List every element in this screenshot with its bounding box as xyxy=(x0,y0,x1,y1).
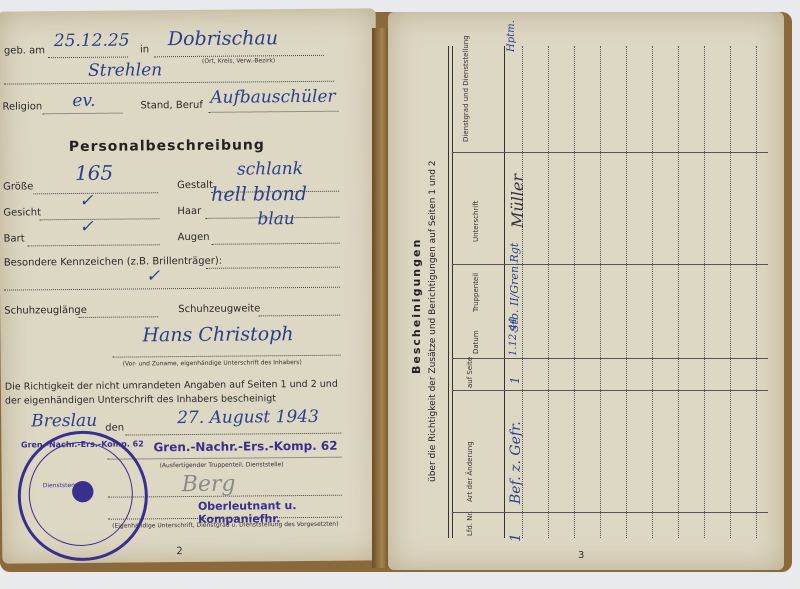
born-date: 25.12.25 xyxy=(54,31,130,52)
occupation-value: Aufbauschüler xyxy=(210,87,335,108)
stamp-text: Gren.-Nachr.-Ers.-Komp. 62 xyxy=(20,439,144,449)
beard-value: ✓ xyxy=(79,217,93,237)
born-label: geb. am xyxy=(4,45,45,56)
eagle-emblem-icon: ● xyxy=(55,470,111,510)
dotted-line xyxy=(33,192,158,194)
header-border xyxy=(504,46,505,538)
dotted-line xyxy=(4,287,340,291)
row-dotted-line xyxy=(600,46,601,538)
row-1-seite: 1 xyxy=(508,376,522,384)
row-dotted-line xyxy=(626,46,627,538)
holder-signature: Hans Christoph xyxy=(142,323,293,346)
row-dotted-line xyxy=(756,46,757,538)
beard-label: Bart xyxy=(4,233,25,244)
table-border xyxy=(452,46,453,538)
hair-value: hell blond xyxy=(211,183,307,206)
holder-signature-hint: (Vor- und Zuname, eigenhändige Unterschr… xyxy=(123,359,302,368)
dotted-line xyxy=(78,316,158,318)
height-value: 165 xyxy=(75,161,113,185)
row-dotted-line xyxy=(574,46,575,538)
date-signed: 27. August 1943 xyxy=(177,407,319,428)
religion-value: ev. xyxy=(72,91,95,111)
unit-stamp: Gren.-Nachr.-Ers.-Komp. 62 xyxy=(153,439,337,455)
row-dotted-line xyxy=(678,46,679,538)
signature-hint: (Eigenhändige Unterschrift, Dienstgrad u… xyxy=(112,521,338,530)
dotted-line xyxy=(212,243,340,245)
row-dotted-line xyxy=(652,46,653,538)
row-divider xyxy=(504,358,768,359)
col-header-seite: auf Seite xyxy=(466,357,474,388)
hair-label: Haar xyxy=(177,206,201,217)
row-1-dienstgrad: Hptm. xyxy=(506,20,517,52)
dotted-line xyxy=(258,315,340,317)
col-header-datum: Datum xyxy=(472,330,480,354)
birthplace: Dobrischau xyxy=(168,27,278,50)
header-divider xyxy=(452,512,504,513)
place-line2: Strehlen xyxy=(88,60,162,81)
col-header-unterschrift: Unterschrift xyxy=(472,201,480,242)
face-value: ✓ xyxy=(79,191,93,211)
eyes-label: Augen xyxy=(178,232,210,243)
row-1-truppenteil: Stb. II/Gren.Rgt xyxy=(508,243,521,332)
dotted-line xyxy=(39,218,159,220)
occupation-label: Stand, Beruf xyxy=(140,100,203,112)
dotted-line xyxy=(42,113,122,115)
dotted-line xyxy=(125,433,341,436)
certification-text-2: der eigenhändigen Unterschrift des Inhab… xyxy=(5,393,276,406)
soldbuch-booklet: geb. am 25.12.25 in Dobrischau (Ort, Kre… xyxy=(0,8,800,578)
row-divider xyxy=(504,390,768,391)
dotted-line xyxy=(108,457,342,460)
description-heading: Personalbeschreibung xyxy=(69,137,265,155)
shoe-length-label: Schuhzeuglänge xyxy=(4,305,87,317)
right-page-title: Bescheinigungen xyxy=(410,238,423,374)
row-1-art: Bef. z. Gefr. xyxy=(508,421,524,504)
dotted-line xyxy=(113,355,341,358)
dotted-line xyxy=(4,81,334,85)
build-label: Gestalt xyxy=(177,180,213,191)
height-label: Größe xyxy=(3,181,33,192)
stamp-inner-text: Dienststempel xyxy=(43,482,87,489)
religion-label: Religion xyxy=(2,101,42,112)
den-label: den xyxy=(105,423,124,434)
header-divider xyxy=(452,390,504,391)
dotted-line xyxy=(208,111,338,113)
col-header-dienstgrad: Dienstgrad und Dienststellung xyxy=(462,35,470,142)
row-divider xyxy=(504,512,768,513)
col-header-truppenteil: Truppenteil xyxy=(472,273,480,312)
row-1-unterschrift: Müller xyxy=(508,174,527,228)
build-value: schlank xyxy=(237,159,303,180)
header-divider xyxy=(452,358,504,359)
dotted-line xyxy=(48,57,128,59)
page-number-left: 2 xyxy=(176,546,182,557)
right-page-subtitle: über die Richtigkeit der Zusätze und Ber… xyxy=(428,160,438,482)
row-divider xyxy=(504,152,768,153)
eyes-value: blau xyxy=(257,209,295,229)
left-page: geb. am 25.12.25 in Dobrischau (Ort, Kre… xyxy=(0,8,380,563)
right-page: Bescheinigungen über die Richtigkeit der… xyxy=(388,12,784,570)
officer-signature: Berg xyxy=(182,472,236,497)
special-marks-label: Besondere Kennzeichen (z.B. Brillenträge… xyxy=(4,256,222,269)
place-signed: Breslau xyxy=(31,411,97,432)
special-marks-value: ✓ xyxy=(146,266,160,286)
dotted-line xyxy=(28,244,160,246)
dotted-line xyxy=(206,267,340,269)
header-divider xyxy=(452,152,504,153)
row-dotted-line xyxy=(730,46,731,538)
official-stamp: Gren.-Nachr.-Ers.-Komp. 62 ● Dienststemp… xyxy=(17,430,148,561)
face-label: Gesicht xyxy=(3,207,41,218)
col-header-nr: Lfd. Nr. xyxy=(466,511,474,536)
table-border xyxy=(448,46,449,538)
row-divider xyxy=(504,264,768,265)
unit-hint: (Ausfertigender Truppenteil, Dienststell… xyxy=(160,461,284,469)
page-number-right: 3 xyxy=(578,550,584,561)
certification-text-1: Die Richtigkeit der nicht umrandeten Ang… xyxy=(5,379,338,393)
in-label: in xyxy=(140,44,149,55)
col-header-art: Art der Änderung xyxy=(466,441,474,502)
header-divider xyxy=(452,264,504,265)
birthplace-hint: (Ort, Kreis, Verw.-Bezirk) xyxy=(202,57,275,65)
row-dotted-line xyxy=(704,46,705,538)
row-dotted-line xyxy=(548,46,549,538)
shoe-width-label: Schuhzeugweite xyxy=(178,303,260,315)
row-1-nr: 1 xyxy=(508,533,524,542)
